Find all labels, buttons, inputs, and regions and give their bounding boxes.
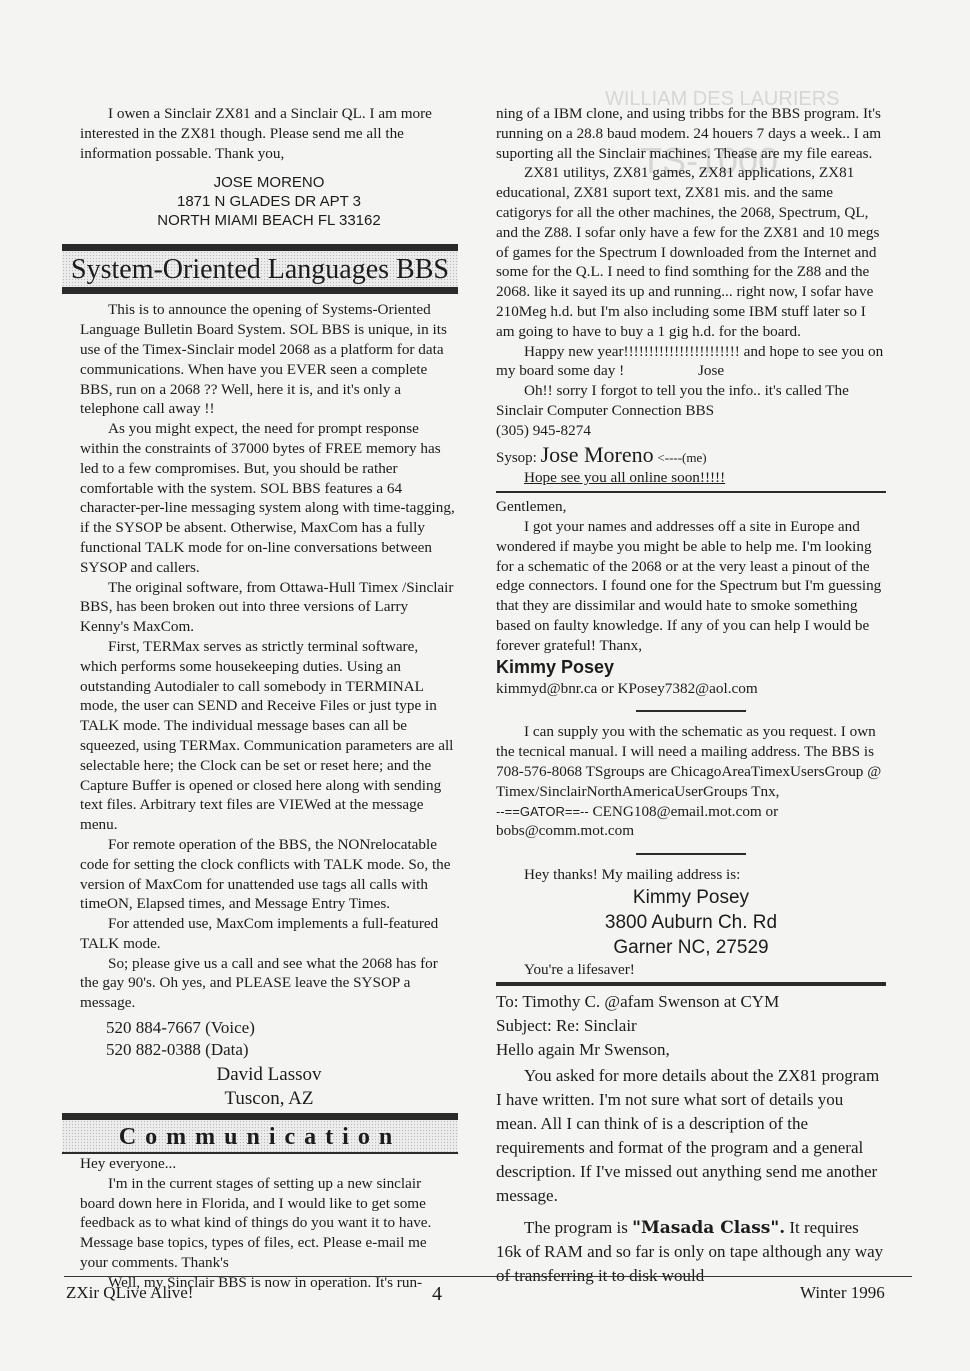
left-column: I owen a Sinclair ZX81 and a Sinclair QL… xyxy=(80,104,458,1293)
phone-numbers: 520 884-7667 (Voice) 520 882-0388 (Data) xyxy=(80,1017,458,1061)
newsletter-page: WILLIAM DES LAURIERS TS-1000 I owen a Si… xyxy=(0,0,970,1371)
greeting: Hey everyone... xyxy=(80,1154,458,1174)
article-paragraph: For attended use, MaxCom implements a fu… xyxy=(80,914,458,954)
message-paragraph: You asked for more details about the ZX8… xyxy=(496,1064,886,1208)
salutation: Gentlemen, xyxy=(496,497,886,517)
new-year-text: Happy new year!!!!!!!!!!!!!!!!!!!!!!! an… xyxy=(496,343,883,380)
section-title: System-Oriented Languages BBS xyxy=(62,251,458,287)
banner-top-bar xyxy=(62,244,458,251)
article-paragraph: ZX81 utilitys, ZX81 games, ZX81 applicat… xyxy=(496,163,886,341)
data-phone: 520 882-0388 (Data) xyxy=(106,1039,458,1061)
posey-reply-closing: You're a lifesaver! xyxy=(524,960,886,980)
sysop-note: <----(me) xyxy=(657,450,706,465)
section-title: Communication xyxy=(62,1120,458,1152)
article-paragraph: As you might expect, the need for prompt… xyxy=(80,419,458,577)
footer-page-number: 4 xyxy=(432,1283,442,1306)
swenson-message: To: Timothy C. @afam Swenson at CYM Subj… xyxy=(496,990,886,1288)
sol-bbs-banner: System-Oriented Languages BBS xyxy=(62,244,458,294)
communication-banner: Communication xyxy=(62,1113,458,1154)
bbs-phone: (305) 945-8274 xyxy=(496,421,886,441)
letter-signature: Kimmy Posey xyxy=(496,656,886,679)
short-divider xyxy=(636,710,746,712)
posey-reply-intro: Hey thanks! My mailing address is: xyxy=(524,865,886,885)
letter-emails: kimmyd@bnr.ca or KPosey7382@aol.com xyxy=(496,679,886,699)
posey-mailing-address: Kimmy Posey 3800 Auburn Ch. Rd Garner NC… xyxy=(496,885,886,960)
message-greeting: Hello again Mr Swenson, xyxy=(496,1038,886,1062)
gator-tag: --==GATOR==-- xyxy=(496,804,589,819)
address-line: NORTH MIAMI BEACH FL 33162 xyxy=(80,211,458,230)
author-name: David Lassov xyxy=(80,1063,458,1087)
section-divider xyxy=(496,491,886,493)
article-paragraph: ning of a IBM clone, and using tribbs fo… xyxy=(496,104,886,163)
banner-top-bar xyxy=(62,1113,458,1120)
sysop-name: Jose Moreno xyxy=(541,442,654,467)
sysop-label: Sysop: xyxy=(496,450,537,466)
article-paragraph: So; please give us a call and see what t… xyxy=(80,954,458,1013)
reply-contact: --==GATOR==-- CENG108@email.mot.com or b… xyxy=(496,802,886,842)
voice-phone: 520 884-7667 (Voice) xyxy=(106,1017,458,1039)
address-line: Garner NC, 27529 xyxy=(496,935,886,960)
message-subject: Subject: Re: Sinclair xyxy=(496,1014,886,1038)
closing-line: Hope see you all online soon!!!!! xyxy=(524,468,886,488)
sign-off: Jose xyxy=(698,362,724,379)
author-location: Tuscon, AZ xyxy=(80,1087,458,1111)
section-divider xyxy=(496,982,886,986)
address-line: 3800 Auburn Ch. Rd xyxy=(496,910,886,935)
article-paragraph: First, TERMax serves as strictly termina… xyxy=(80,637,458,835)
article-paragraph: I'm in the current stages of setting up … xyxy=(80,1174,458,1273)
author-signature: David Lassov Tuscon, AZ xyxy=(80,1063,458,1111)
footer-issue: Winter 1996 xyxy=(800,1283,885,1303)
address-line: 1871 N GLADES DR APT 3 xyxy=(80,192,458,211)
article-paragraph: This is to announce the opening of Syste… xyxy=(80,300,458,419)
postscript: Oh!! sorry I forgot to tell you the info… xyxy=(496,381,886,421)
article-paragraph: For remote operation of the BBS, the NON… xyxy=(80,835,458,914)
message-to: To: Timothy C. @afam Swenson at CYM xyxy=(496,990,886,1014)
moreno-letter-body: I owen a Sinclair ZX81 and a Sinclair QL… xyxy=(80,104,458,163)
address-line: JOSE MORENO xyxy=(80,173,458,192)
footer-rule xyxy=(64,1276,912,1277)
letter-body: I got your names and addresses off a sit… xyxy=(496,517,886,656)
short-divider xyxy=(636,853,746,855)
footer-publication: ZXir QLive Alive! xyxy=(66,1283,193,1303)
program-intro: The program is xyxy=(524,1218,632,1237)
banner-bottom-bar xyxy=(62,287,458,294)
sol-bbs-article: This is to announce the opening of Syste… xyxy=(80,300,458,1111)
program-name: "Masada Class". xyxy=(632,1218,785,1238)
moreno-address: JOSE MORENO 1871 N GLADES DR APT 3 NORTH… xyxy=(80,173,458,230)
banner-bottom-rule xyxy=(62,1152,458,1154)
article-paragraph: The original software, from Ottawa-Hull … xyxy=(80,578,458,637)
communication-article: Hey everyone... I'm in the current stage… xyxy=(80,1154,458,1293)
right-column: ning of a IBM clone, and using tribbs fo… xyxy=(496,104,886,1288)
article-paragraph: Happy new year!!!!!!!!!!!!!!!!!!!!!!! an… xyxy=(496,342,886,382)
address-line: Kimmy Posey xyxy=(496,885,886,910)
reply-body: I can supply you with the schematic as y… xyxy=(496,722,886,801)
sysop-line: Sysop: Jose Moreno <----(me) xyxy=(496,445,886,469)
